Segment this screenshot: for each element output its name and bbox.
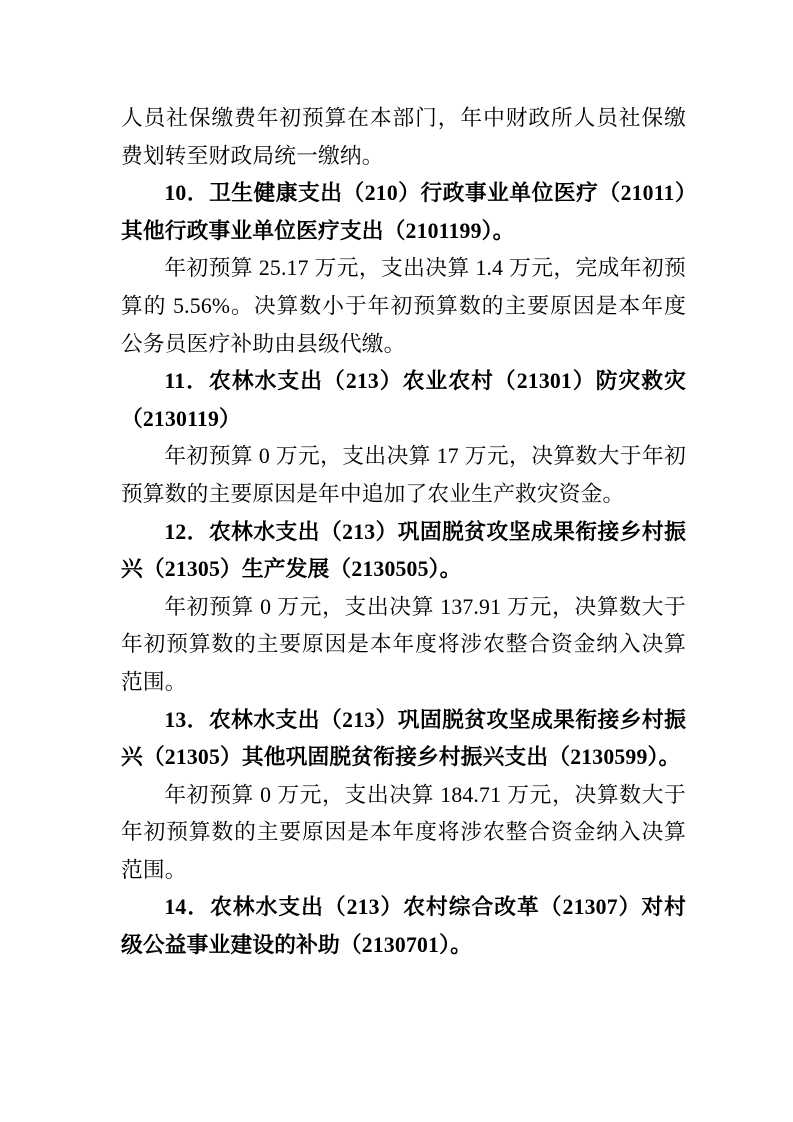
paragraph-item-13-budget-detail: 年初预算 0 万元，支出决算 184.71 万元，决算数大于年初预算数的主要原因… [121,777,686,890]
paragraph-item-11-budget-detail: 年初预算 0 万元，支出决算 17 万元，决算数大于年初预算数的主要原因是年中追… [121,438,686,513]
document-page: 人员社保缴费年初预算在本部门，年中财政所人员社保缴费划转至财政局统一缴纳。 10… [0,0,793,1122]
paragraph-item-12-budget-detail: 年初预算 0 万元，支出决算 137.91 万元，决算数大于年初预算数的主要原因… [121,589,686,702]
paragraph-item-10-budget-detail: 年初预算 25.17 万元，支出决算 1.4 万元，完成年初预算的 5.56%。… [121,250,686,363]
document-content: 人员社保缴费年初预算在本部门，年中财政所人员社保缴费划转至财政局统一缴纳。 10… [121,100,686,965]
heading-item-10-health-expenditure: 10．卫生健康支出（210）行政事业单位医疗（21011）其他行政事业单位医疗支… [121,175,686,250]
heading-item-14-village-public-welfare: 14．农林水支出（213）农村综合改革（21307）对村级公益事业建设的补助（2… [121,889,686,964]
paragraph-social-security-continuation: 人员社保缴费年初预算在本部门，年中财政所人员社保缴费划转至财政局统一缴纳。 [121,100,686,175]
heading-item-13-rural-revitalization: 13．农林水支出（213）巩固脱贫攻坚成果衔接乡村振兴（21305）其他巩固脱贫… [121,702,686,777]
heading-item-12-production-development: 12．农林水支出（213）巩固脱贫攻坚成果衔接乡村振兴（21305）生产发展（2… [121,514,686,589]
heading-item-11-disaster-relief: 11．农林水支出（213）农业农村（21301）防灾救灾（2130119） [121,363,686,438]
